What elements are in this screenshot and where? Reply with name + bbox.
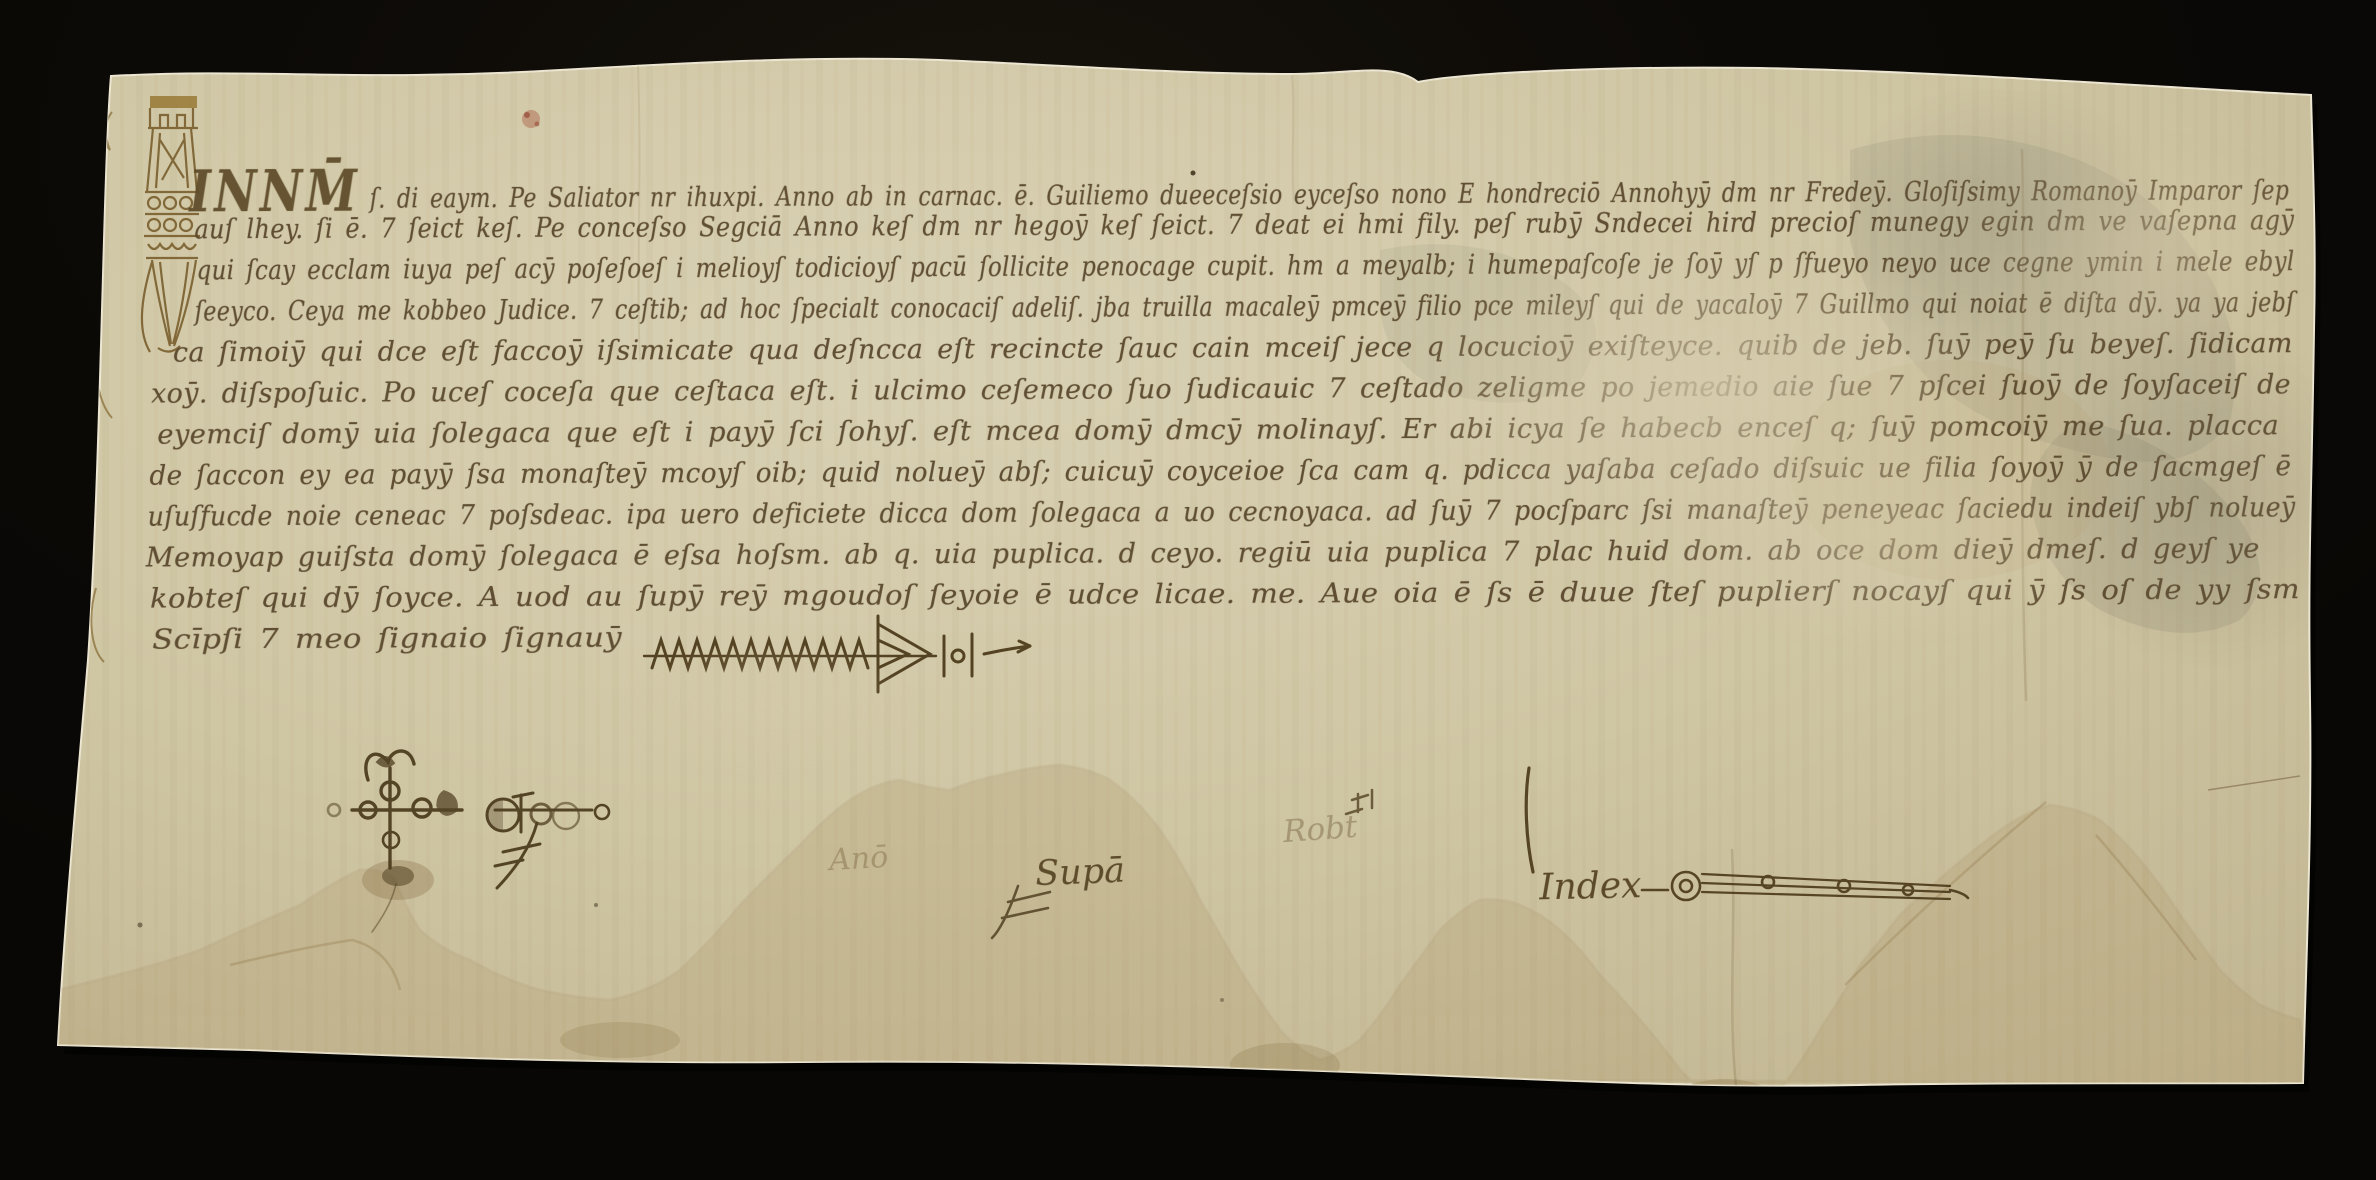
manuscript-line: Scīpſi 7 meo ſignaio ſignauȳ [152, 621, 567, 665]
supra-label: Supā [1034, 851, 1125, 894]
anno-faint-label: Anō [828, 840, 889, 878]
robt-faint-label: Robt [1282, 809, 1359, 850]
photo-backdrop: INNM̄ſ. di eaym. Pe Saliator nr ihuxpi. … [0, 0, 2376, 1180]
manuscript-text-layer: INNM̄ſ. di eaym. Pe Saliator nr ihuxpi. … [0, 0, 2376, 1180]
manuscript-line: kobteſ qui dȳ ſoyce. A uod au ſupȳ reȳ m… [150, 573, 2155, 624]
index-label: Index [1539, 865, 1642, 908]
